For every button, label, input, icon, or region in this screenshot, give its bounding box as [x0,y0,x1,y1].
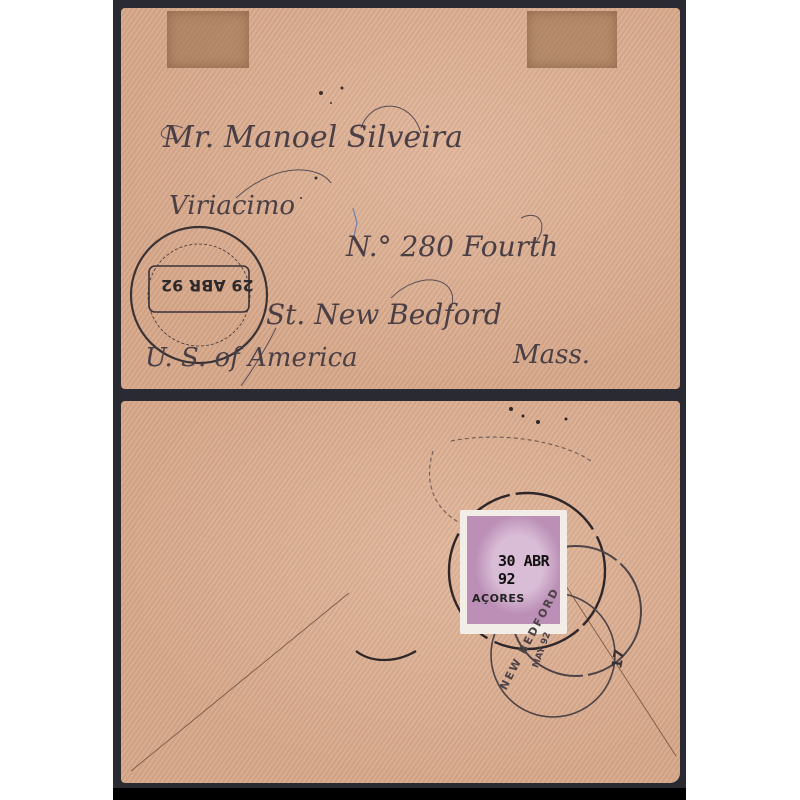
stamp-cancel-date: 30 ABR 92 [498,552,567,588]
address-line-2: Viriacimo [169,191,295,221]
front-postmark-date: 29 ABR 92 [161,276,254,295]
back-ink-layer [121,401,680,783]
address-line-6: Mass. [513,340,590,370]
cover-back: 30 ABR 92 AÇORES NEW BEDFORD MAY 92 17 [121,401,680,783]
address-line-4: St. New Bedford [266,298,502,331]
address-line-5: U. S. of America [145,343,358,373]
hinge-remnant-left [167,11,249,68]
bottom-border [113,788,686,800]
hinge-remnant-right [527,11,617,68]
postage-stamp: 30 ABR 92 AÇORES [460,510,567,634]
cover-front: Mr. Manoel Silveira Viriacimo N.° 280 Fo… [121,8,680,389]
stamp-overprint: AÇORES [472,592,525,605]
receiving-postmark-number: 17 [609,648,628,670]
address-line-3: N.° 280 Fourth [346,230,558,263]
address-line-1: Mr. Manoel Silveira [163,120,463,155]
